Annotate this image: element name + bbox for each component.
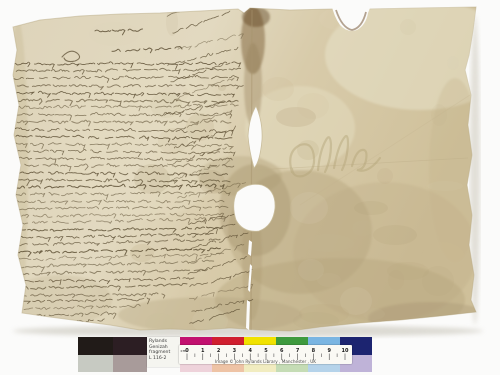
reference-label-line: L 116-2 (149, 356, 180, 362)
calibration-bar: Rylands Genizah fragment L 116-2 cm01234… (78, 337, 372, 372)
ruler-number: 1 (201, 348, 205, 354)
grey-patch (113, 355, 147, 372)
grey-patch (113, 337, 147, 355)
grey-patch (78, 355, 113, 372)
ruler-number: 9 (327, 348, 331, 354)
ruler-number: 5 (264, 348, 268, 354)
ruler-number: 8 (312, 348, 316, 354)
ruler-number: 4 (248, 348, 252, 354)
copyright-text: Image © John Rylands Library , Mancheste… (215, 359, 316, 364)
handwriting-line (2, 76, 13, 78)
grey-patch (78, 337, 113, 355)
ruler-number: 10 (342, 348, 349, 354)
hole-fold-lower (234, 184, 275, 231)
ruler-number: 6 (280, 348, 284, 354)
grey-density-patches (78, 337, 147, 372)
handwriting-line (4, 126, 16, 128)
manuscript-photo (0, 0, 500, 375)
cm-ruler: cm012345678910Image © John Rylands Libra… (179, 345, 352, 364)
ruler-number: 0 (185, 348, 189, 354)
handwriting-line (3, 177, 13, 178)
ruler-scale: cm012345678910Image © John Rylands Libra… (179, 345, 352, 364)
reference-label: Rylands Genizah fragment L 116-2 (147, 337, 180, 367)
ruler-number: 7 (296, 348, 300, 354)
ruler-number: 2 (217, 348, 221, 354)
photo-canvas: Rylands Genizah fragment L 116-2 cm01234… (0, 0, 500, 375)
ruler-number: 3 (233, 348, 237, 354)
